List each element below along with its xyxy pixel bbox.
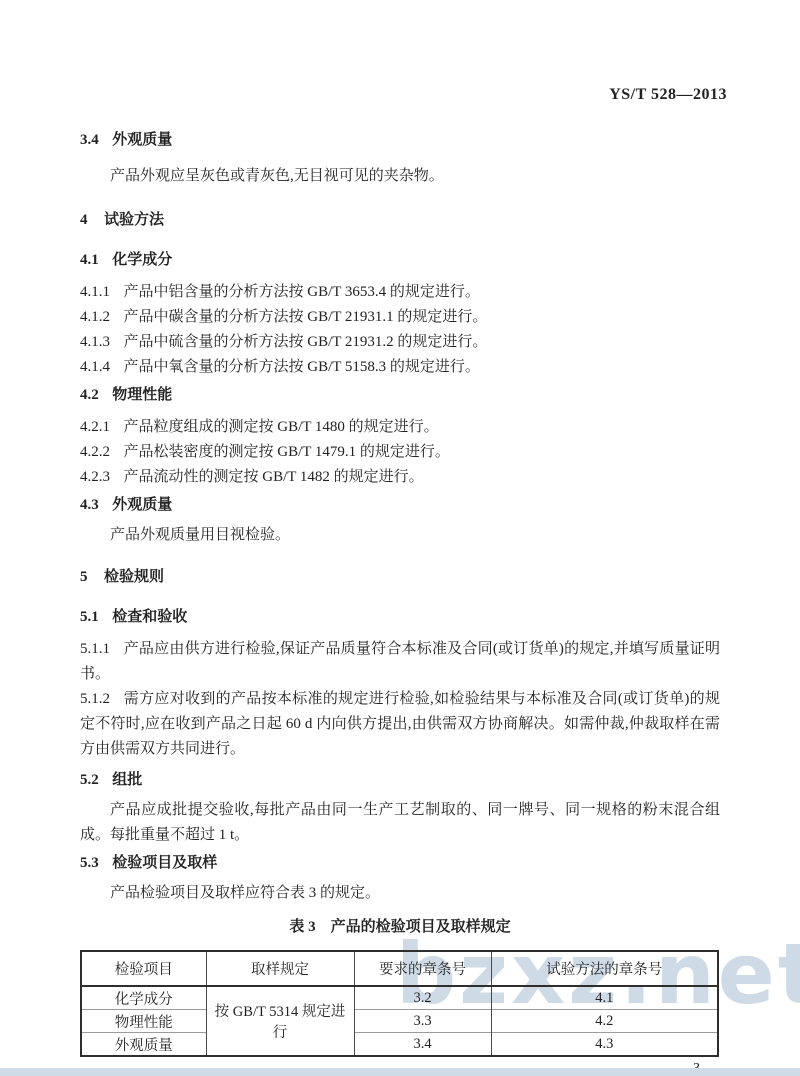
- section-number: 4: [80, 212, 88, 228]
- section-heading-4-1: 4.1化学成分: [80, 248, 720, 273]
- section-title: 组批: [112, 772, 142, 788]
- clause-number: 5.1.1: [80, 641, 110, 657]
- table-row: 外观质量 3.4 4.3: [81, 1033, 718, 1057]
- paragraph-4-3: 产品外观质量用目视检验。: [80, 523, 720, 548]
- section-title: 外观质量: [112, 497, 172, 513]
- table-header-item: 检验项目: [81, 951, 206, 986]
- inspection-table-wrapper: 检验项目 取样规定 要求的章条号 试验方法的章条号 化学成分 按 GB/T 53…: [80, 950, 720, 1057]
- table-header-sampling: 取样规定: [206, 951, 354, 986]
- clause-text: 产品中铝含量的分析方法按 GB/T 3653.4 的规定进行。: [124, 284, 480, 300]
- cell-requirement: 3.4: [354, 1033, 491, 1057]
- clause-number: 4.1.1: [80, 284, 110, 300]
- table-caption-label: 表 3: [289, 919, 315, 935]
- section-title: 物理性能: [112, 387, 172, 403]
- clause-4-2-3: 4.2.3产品流动性的测定按 GB/T 1482 的规定进行。: [80, 465, 720, 490]
- cell-requirement: 3.2: [354, 986, 491, 1010]
- section-heading-4-2: 4.2物理性能: [80, 383, 720, 408]
- clause-text: 产品中硫含量的分析方法按 GB/T 21931.2 的规定进行。: [124, 334, 488, 350]
- clause-4-2-1: 4.2.1产品粒度组成的测定按 GB/T 1480 的规定进行。: [80, 415, 720, 440]
- clause-text: 产品松装密度的测定按 GB/T 1479.1 的规定进行。: [124, 444, 450, 460]
- section-heading-3-4: 3.4外观质量: [80, 128, 720, 153]
- clause-text: 产品粒度组成的测定按 GB/T 1480 的规定进行。: [124, 419, 439, 435]
- section-number: 5.1: [80, 609, 99, 625]
- table-header-row: 检验项目 取样规定 要求的章条号 试验方法的章条号: [81, 951, 718, 986]
- section-title: 试验方法: [104, 212, 164, 228]
- clause-text: 产品流动性的测定按 GB/T 1482 的规定进行。: [124, 469, 424, 485]
- clause-text: 产品应由供方进行检验,保证产品质量符合本标准及合同(或订货单)的规定,并填写质量…: [80, 641, 720, 682]
- clause-4-1-1: 4.1.1产品中铝含量的分析方法按 GB/T 3653.4 的规定进行。: [80, 280, 720, 305]
- table-caption: 表 3产品的检验项目及取样规定: [80, 915, 720, 940]
- clause-number: 4.1.3: [80, 334, 110, 350]
- clause-number: 4.1.2: [80, 309, 110, 325]
- clause-5-1-1: 5.1.1产品应由供方进行检验,保证产品质量符合本标准及合同(或订货单)的规定,…: [80, 637, 720, 687]
- clause-number: 5.1.2: [80, 691, 110, 707]
- clause-4-2-2: 4.2.2产品松装密度的测定按 GB/T 1479.1 的规定进行。: [80, 440, 720, 465]
- section-heading-4-3: 4.3外观质量: [80, 493, 720, 518]
- section-number: 3.4: [80, 132, 99, 148]
- section-title: 检查和验收: [112, 609, 187, 625]
- clause-number: 4.2.3: [80, 469, 110, 485]
- section-heading-5-2: 5.2组批: [80, 768, 720, 793]
- paragraph-3-4: 产品外观应呈灰色或青灰色,无目视可见的夹杂物。: [80, 164, 720, 189]
- cell-method: 4.2: [491, 1010, 718, 1033]
- section-number: 4.2: [80, 387, 99, 403]
- cell-item: 外观质量: [81, 1033, 206, 1057]
- section-heading-5-1: 5.1检查和验收: [80, 605, 720, 630]
- standard-number-header: YS/T 528—2013: [80, 82, 727, 107]
- table-header-test-method-clause: 试验方法的章条号: [491, 951, 718, 986]
- clause-5-1-2: 5.1.2需方应对收到的产品按本标准的规定进行检验,如检验结果与本标准及合同(或…: [80, 687, 720, 762]
- cell-method: 4.3: [491, 1033, 718, 1057]
- cell-method: 4.1: [491, 986, 718, 1010]
- section-title: 外观质量: [112, 132, 172, 148]
- clause-number: 4.1.4: [80, 359, 110, 375]
- section-title: 化学成分: [112, 252, 172, 268]
- clause-4-1-3: 4.1.3产品中硫含量的分析方法按 GB/T 21931.2 的规定进行。: [80, 330, 720, 355]
- section-heading-5: 5检验规则: [80, 565, 720, 590]
- clause-text: 产品中碳含量的分析方法按 GB/T 21931.1 的规定进行。: [124, 309, 488, 325]
- table-header-requirement-clause: 要求的章条号: [354, 951, 491, 986]
- cell-requirement: 3.3: [354, 1010, 491, 1033]
- section-heading-5-3: 5.3检验项目及取样: [80, 851, 720, 876]
- cell-item: 化学成分: [81, 986, 206, 1010]
- cell-item: 物理性能: [81, 1010, 206, 1033]
- clause-text: 需方应对收到的产品按本标准的规定进行检验,如检验结果与本标准及合同(或订货单)的…: [80, 691, 720, 757]
- table-row: 物理性能 3.3 4.2: [81, 1010, 718, 1033]
- paragraph-5-3: 产品检验项目及取样应符合表 3 的规定。: [80, 881, 720, 906]
- clause-4-1-2: 4.1.2产品中碳含量的分析方法按 GB/T 21931.1 的规定进行。: [80, 305, 720, 330]
- table-caption-text: 产品的检验项目及取样规定: [331, 919, 511, 935]
- section-number: 5.2: [80, 772, 99, 788]
- clause-text: 产品中氧含量的分析方法按 GB/T 5158.3 的规定进行。: [124, 359, 480, 375]
- section-number: 5.3: [80, 855, 99, 871]
- section-number: 5: [80, 569, 88, 585]
- section-heading-4: 4试验方法: [80, 208, 720, 233]
- paragraph-5-2: 产品应成批提交验收,每批产品由同一生产工艺制取的、同一牌号、同一规格的粉末混合组…: [80, 798, 720, 848]
- section-title: 检验项目及取样: [112, 855, 217, 871]
- section-number: 4.3: [80, 497, 99, 513]
- inspection-table: 检验项目 取样规定 要求的章条号 试验方法的章条号 化学成分 按 GB/T 53…: [80, 950, 719, 1057]
- section-number: 4.1: [80, 252, 99, 268]
- clause-4-1-4: 4.1.4产品中氧含量的分析方法按 GB/T 5158.3 的规定进行。: [80, 355, 720, 380]
- clause-number: 4.2.1: [80, 419, 110, 435]
- section-title: 检验规则: [104, 569, 164, 585]
- clause-number: 4.2.2: [80, 444, 110, 460]
- table-row: 化学成分 按 GB/T 5314 规定进行 3.2 4.1: [81, 986, 718, 1010]
- scan-edge-bottom: [0, 1068, 800, 1076]
- document-page: YS/T 528—2013 3.4外观质量 产品外观应呈灰色或青灰色,无目视可见…: [0, 0, 800, 1076]
- cell-sampling-note: 按 GB/T 5314 规定进行: [206, 986, 354, 1056]
